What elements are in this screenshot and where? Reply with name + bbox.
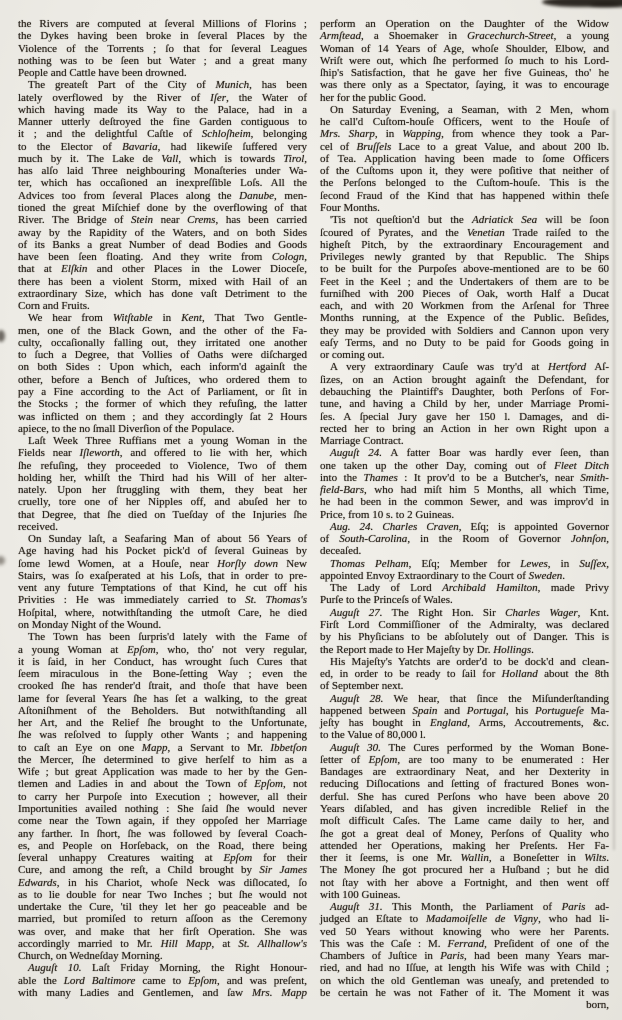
text-line: The Lady of Lord Archibald Hamilton, mad… [320,582,609,594]
text-line: Years diſabled, and has given incredible… [320,803,609,815]
text-line: the Perſons belonged to the Cuſtom-houſe… [320,177,609,189]
text-line: other, before a Bench of Juſtices, who o… [18,374,307,386]
text-line: ſes. A ſpecial Jury gave her 150 l. Dama… [320,411,609,423]
text-line: accordingly married to Mr. Hill Mapp, at… [18,938,307,950]
text-line: to caſt an Eye on one Mapp, a Servant to… [18,742,307,754]
text-line: Violence of the Torrents ; ſo that for ſ… [18,43,307,55]
text-line: undertake the Cure, 'til they let her go… [18,901,307,913]
text-line: field-Bars, who had miſt him 5 Months, a… [320,484,609,496]
text-line: with 100 Guineas. [320,889,609,901]
text-line: Mrs. Sharp, in Wapping, from whence they… [320,128,609,140]
text-line: ried, and had no Iſſue, at length his Wi… [320,962,609,974]
text-line: Feet in the Keel ; and the Undertakers o… [320,276,609,288]
text-line: River. The Bridge of Stein near Crems, h… [18,214,307,226]
text-line: Auguſt 24. A fatter Boar was hardly ever… [320,447,609,459]
text-line: ſizes, on an Action brought againſt the … [320,374,609,386]
text-line: on which the old Gentleman was uneaſy, a… [320,975,609,987]
text-line: attended her Operations, making her Preſ… [320,840,609,852]
ink-smudge-left-edge-upper [0,330,5,342]
text-line: ed, in order to be ready to ſail for Hol… [320,668,609,680]
text-line: judged an Eſtate to Madamoiſelle de Vign… [320,913,609,925]
text-line: vent any future Temptations of that Kind… [18,582,307,594]
text-line: rected her to bring an Action in her own… [320,423,609,435]
text-line: Advices too from ſeveral Places along th… [18,190,307,202]
text-line: We hear from Witſtable in Kent, That Two… [18,312,307,324]
text-line: of South-Carolina, in the Room of Govern… [320,533,609,545]
text-line: to ſuch a Degree, that Vollies of Oaths … [18,349,307,361]
text-line: a young Woman at Epſom, who, tho' not ve… [18,644,307,656]
text-line: it is ſaid, in her Conduct, has wrought … [18,656,307,668]
text-line: lately overflowed by the River of Iſer, … [18,92,307,104]
text-line: The Money ſhe got procured her a Huſband… [320,864,609,876]
text-line: there has been a violent Storm, mixed wi… [18,276,307,288]
text-line: much by it. The Lake de Vall, which is t… [18,153,307,165]
text-line: crooked ſhe has render'd ſtrait, and tho… [18,680,307,692]
text-line: holding her, whilſt the Third had his Wi… [18,472,307,484]
text-line: nothing was to be ſeen but Water ; and a… [18,55,307,67]
text-line: the Report made to Her Majeſty by Dr. Ho… [320,644,609,656]
text-line: This was the Caſe : M. Ferrand, Preſiden… [320,938,609,950]
newspaper-column-left: the Rivers are computed at ſeveral Milli… [18,18,307,1012]
text-line: cruelly, tore one of her Nipples off, an… [18,496,307,508]
text-line: tioned the great Miſchief done by the ov… [18,202,307,214]
text-line: deceaſed. [320,545,609,557]
text-line: Aug. 24. Charles Craven, Eſq; is appoint… [320,521,609,533]
text-line: Age having had his Pocket pick'd of ſeve… [18,545,307,557]
text-line: Armſtead, a Shoemaker in Gracechurch-Str… [320,30,609,42]
newspaper-column-right: perform an Operation on the Daughter of … [320,18,609,1012]
text-line: reducing Diſlocations and ſetting of fra… [320,778,609,790]
text-line: of Tea. Application having been made to … [320,153,609,165]
text-line: appointed Envoy Extraordinary to the Cou… [320,570,609,582]
text-line: have been ſeen floating. And they write … [18,251,307,263]
text-line: extraordinary Size, which has done vaſt … [18,288,307,300]
text-line: on Monday Night of the Wound. [18,619,307,631]
text-line: be certain he was not Father of it. The … [320,987,609,999]
text-line: one taken up the other Day, coming out o… [320,460,609,472]
text-line: On Sunday laſt, a Seafaring Man of about… [18,533,307,545]
text-line: away by the Rapidity of the Waters, and … [18,227,307,239]
text-line: moſt difficult Caſes. The Lame came dail… [320,815,609,827]
text-line: higheſt Pitch, by the extraordinary Enco… [320,239,609,251]
text-line: he had been in the common Sewer, and was… [320,496,609,508]
text-line: happened between Spain and Portugal, his… [320,705,609,717]
text-line: Laſt Week Three Ruffians met a young Wom… [18,435,307,447]
text-line: able the Lord Baltimore came to Epſom, a… [18,975,307,987]
text-line: Purſe to the Princeſs of Wales. [320,594,609,606]
text-line: lame for ſeveral Years ſhe has ſet a wal… [18,693,307,705]
text-line: cel of Bruſſels Lace to a great Value, a… [320,141,609,153]
text-line: ſhe was reſolved to ſupply other Wants ;… [18,729,307,741]
text-line: Auguſt 10. Laſt Friday Morning, the Righ… [18,962,307,974]
text-line: Auguſt 30. The Cures performed by the Wo… [320,742,609,754]
text-line: Fields near Iſleworth, and offered to li… [18,447,307,459]
text-line: nately. Upon her ſtruggling with them, t… [18,484,307,496]
text-line: to be built for the Purpoſes above-menti… [320,263,609,275]
text-line: ther it ſeems, is one Mr. Wallin, a Bone… [320,852,609,864]
text-line: her for the public Good. [320,92,609,104]
text-line: ſecond Fraud of the Kind that has happen… [320,190,609,202]
text-line: come near the Town again, if they oppoſe… [18,815,307,827]
text-line: eaſy Terms, and no Duty to be paid for G… [320,337,609,349]
text-line: was inflicted on them ; and they accordi… [18,411,307,423]
text-line: was over, and make that her firſt Operat… [18,926,307,938]
text-line: into the Thames : It prov'd to be a Butc… [320,472,609,484]
text-line: The Town has been ſurpris'd lately with … [18,631,307,643]
text-line: ter, which has occaſioned an inexpreſſib… [18,177,307,189]
text-line: Corn and Fruits. [18,300,307,312]
text-line: ved 50 Years without knowing who were he… [320,926,609,938]
text-line: he call'd Cuſtom-houſe Officers, went to… [320,116,609,128]
text-line: ſhe refuſing, they proceeded to Violence… [18,460,307,472]
text-line: was there only as a Spectator, ſaying, i… [320,79,609,91]
text-line: ſetter of Epſom, are too many to be enum… [320,754,609,766]
text-line: ſcoured of Pyrates, and the Venetian Tra… [320,227,609,239]
text-line: ſhip's Satisfaction, that he gave her fi… [320,67,609,79]
text-line: born, [320,999,609,1011]
text-line: the Stocks ; the former of which they re… [18,398,307,410]
scan-edge-streak [613,110,615,850]
text-line: Months running, at the Expence of the Pu… [320,312,609,324]
text-line: Privities : He was immediately carried t… [18,594,307,606]
text-line: on both Sides : Upon which, each inform'… [18,361,307,373]
text-line: Church, on Wedneſday Morning. [18,950,307,962]
text-line: as to lie double for near Two Inches ; b… [18,889,307,901]
text-line: that at Elſkin and other Places in the L… [18,263,307,275]
text-line: to carry her Purpoſe into Execution ; ho… [18,791,307,803]
text-line: furniſhed with 200 Pieces of Oak, worth … [320,288,609,300]
text-line: Woman of 14 Years of Age, whoſe Shoulder… [320,43,609,55]
text-line: Bandages are extraordinary Neat, and her… [320,766,609,778]
text-line: perform an Operation on the Daughter of … [320,18,609,30]
text-line: the Rivers are computed at ſeveral Milli… [18,18,307,30]
ink-smudge-top-right-small [590,3,620,7]
text-line: Privileges newly granted by that Republi… [320,251,609,263]
text-line: Manner utterly deſtroyed the fine Garden… [18,116,307,128]
text-line: The greateſt Part of the City of Munich,… [18,79,307,91]
text-line: Wife ; but great Application was made to… [18,766,307,778]
text-line: or coming out. [320,349,609,361]
text-line: debauching the Plaintiff's Daughter, bot… [320,386,609,398]
text-line: ſeem miraculous in the Bone-ſetting Way … [18,668,307,680]
text-line: of September next. [320,680,609,692]
text-line: the Mercer, ſhe determined to give herſe… [18,754,307,766]
text-line: Chambers of Juſtice in Paris, had been m… [320,950,609,962]
text-line: which having made its Way to the Palace,… [18,104,307,116]
text-line: derful. She has cured Perſons who have b… [320,791,609,803]
text-line: jeſty has bought in England, Arms, Accou… [320,717,609,729]
text-line: by his Phyſicians to be abſolutely out o… [320,631,609,643]
text-line: to the Elector of Bavaria, had likewiſe … [18,141,307,153]
text-line: People and Cattle have been drowned. [18,67,307,79]
text-line: tlemen and Ladies in and about the Town … [18,778,307,790]
text-line: of its Banks a great Number of dead Bodi… [18,239,307,251]
text-line: Stairs, was ſo exaſperated at his Loſs, … [18,570,307,582]
text-line: Auguſt 31. This Month, the Parliament of… [320,901,609,913]
text-line: On Saturday Evening, a Seaman, with 2 Me… [320,104,609,116]
text-line: His Majeſty's Yatchts are order'd to be … [320,656,609,668]
text-line: that Degree, that ſhe died on Tueſday of… [18,509,307,521]
text-line: not ſtay with her above a Fortnight, and… [320,877,609,889]
text-line: of the Cuſtoms upon it, they were poſiti… [320,165,609,177]
text-line: Price, from 10 s. to 2 Guineas. [320,509,609,521]
text-line: 'Tis not queſtion'd but the Adriatick Se… [320,214,609,226]
text-line: has alſo laid Three neighbouring Monaſte… [18,165,307,177]
text-line: culty, occaſionally falling out, they ir… [18,337,307,349]
text-line: Auguſt 28. We hear, that ſince the Miſun… [320,693,609,705]
text-line: men, one of the Black Gown, and the othe… [18,325,307,337]
text-line: each, and with 20 Workmen from the Arſen… [320,300,609,312]
text-line: pay a Fine according to the Act of Parli… [18,386,307,398]
newspaper-page: the Rivers are computed at ſeveral Milli… [0,0,622,1020]
text-line: Edwards, in his Chariot, whoſe Neck was … [18,877,307,889]
text-line: received. [18,521,307,533]
text-line: Importunities availed nothing : She ſaid… [18,803,307,815]
text-line: Firſt Lord Commiſſioner of the Admiralty… [320,619,609,631]
text-line: Wriſt were out, which ſhe performed ſo m… [320,55,609,67]
text-line: apiece, to the no ſmall Diverſion of the… [18,423,307,435]
text-line: Cure, and among the reſt, a Child brough… [18,864,307,876]
text-line: ſome lewd Women, at a Houſe, near Horſly… [18,558,307,570]
text-line: Aſtoniſhment of the Beholders. But notwi… [18,705,307,717]
text-line: any farther. In ſhort, ſhe was followed … [18,828,307,840]
text-line: Four Months. [320,202,609,214]
text-line: they may be provided with Soldiers and C… [320,325,609,337]
text-line: tune, and having a Child by her, under M… [320,398,609,410]
text-line: Hoſpital, where, notwithſtanding the utm… [18,607,307,619]
text-line: to the Value of 80,000 l. [320,729,609,741]
text-line: A very extraordinary Cauſe was try'd at … [320,361,609,373]
text-columns: the Rivers are computed at ſeveral Milli… [18,18,609,1012]
text-line: the Dykes having been broke in ſeveral P… [18,30,307,42]
text-line: her Art, and the Relief ſhe brought to t… [18,717,307,729]
text-line: Auguſt 27. The Right Hon. Sir Charles Wa… [320,607,609,619]
text-line: es, and People on Horſeback, on the Road… [18,840,307,852]
text-line: Marriage Contract. [320,435,609,447]
ink-smudge-left-edge-lower [0,556,5,565]
text-line: with many Ladies and Gentlemen, and ſaw … [18,987,307,999]
text-line: it ; and the delightful Caſtle of Schloſ… [18,128,307,140]
text-line: ſhe got a great deal of Money, Perſons o… [320,828,609,840]
text-line: ſeveral unhappy Creatures waiting at Epſ… [18,852,307,864]
text-line: Thomas Pelham, Eſq; Member for Lewes, in… [320,558,609,570]
text-line: married, but promiſed to return aſſoon a… [18,913,307,925]
